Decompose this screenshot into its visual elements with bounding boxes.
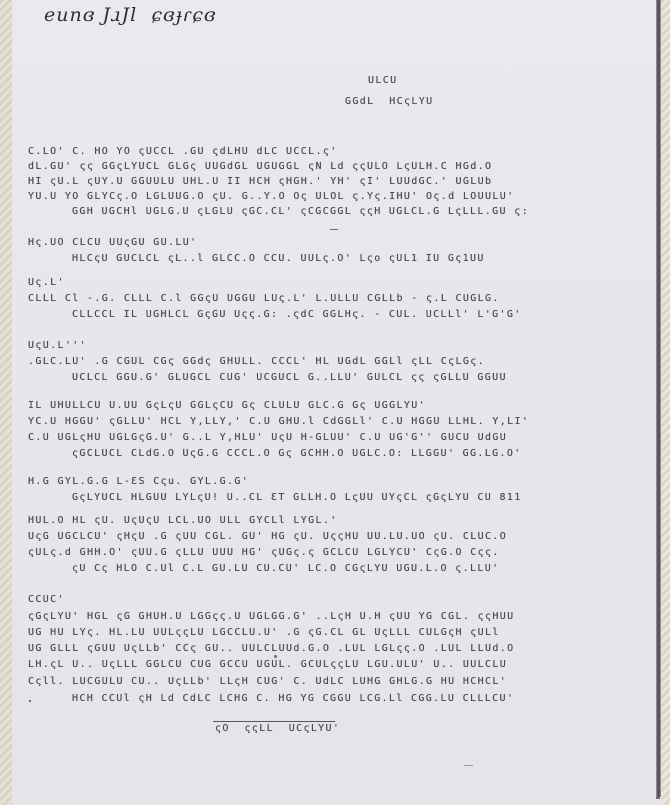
body-line: CCUC' xyxy=(28,594,65,606)
body-line: YU.U YO GLYCς.O LGLUUG.O ςU. G..Y.O Oς U… xyxy=(28,191,514,203)
body-line: UςG UGCLCU' ςHςU .G ςUU CGL. GU' HG ςU. … xyxy=(28,531,507,543)
stray-mark xyxy=(656,797,660,799)
body-line: HLCςU GUCLCL ςL..l GLCC.O CCU. UULς.O' L… xyxy=(72,253,485,265)
stray-mark xyxy=(274,655,277,658)
body-line: UG HU LYς. HL.LU UULςςLU LGCCLU.U' .G ςG… xyxy=(28,627,500,639)
body-line: Cςll. LUCGULU CU.. UςLLb' LLςH CUG' C. U… xyxy=(28,676,507,688)
body-line: IL UHULLCU U.UU GςLςU GGLςCU Gς CLULU GL… xyxy=(28,400,426,412)
scan-right-border xyxy=(661,0,670,805)
body-line: CLLCCL IL UGHLCL GςGU Uςς.G: .ςdC GGLHς.… xyxy=(72,309,522,321)
body-line: HUL.O HL ςU. UςUςU LCL.UO ULL GYCLl LYGL… xyxy=(28,515,338,527)
body-line: Hς.UO CLCU UUςGU GU.LU' xyxy=(28,237,198,249)
body-line: dL.GU' ςς GGςLYUCL GLGς UUGdGL UGUGGL ςN… xyxy=(28,161,492,173)
body-line: YC.U HGGU' ςGLLU' HCL Y,LLY,' C.U GHU.l … xyxy=(28,416,529,428)
heading-line-1: ULCU xyxy=(368,75,397,87)
stray-mark xyxy=(330,229,338,230)
body-line: C.LO' C. HO YO ςUCCL .GU ςdLHU dLC UCCL.… xyxy=(28,146,338,158)
body-line: UG GLLL ςGUU UςLLb' CCς GU.. UULCLUUd.G.… xyxy=(28,643,514,655)
body-line: ςGςLYU' HGL ςG GHUH.U LGGςς.U UGLGG.G' .… xyxy=(28,611,514,623)
body-line: GGH UGCHl UGLG.U ςLGLU ςGC.CL' ςCGCGGL ς… xyxy=(72,206,529,218)
body-line: UCLCL GGU.G' GLUGCL CUG' UCGUCL G..LLU' … xyxy=(72,372,507,384)
body-line: ςU Cς HLO C.Ul C.L GU.LU CU.CU' LC.O CGς… xyxy=(72,563,500,575)
body-line: GςLYUCL HLGUU LYLςU! U..CL ƐT GLLH.O LςU… xyxy=(72,492,522,504)
scan-left-border xyxy=(0,0,12,805)
body-line: C.U UGLςHU UGLGςG.U' G..L Y,HLU' UςU H-G… xyxy=(28,432,507,444)
body-line: CLLL Cl -.G. CLLL C.l GGςU UGGU LUς.L' L… xyxy=(28,293,500,305)
body-line: Uς.L' xyxy=(28,277,65,289)
body-line: ςULς.d GHH.O' ςUU.G ςLLU UUU HG' ςUGς.ς … xyxy=(28,547,500,559)
body-line: UςU.L''' xyxy=(28,340,87,352)
heading-line-2: GGdL HCςLYU xyxy=(345,96,433,108)
stray-mark xyxy=(464,765,473,766)
body-line: HI ςU.L ςUY.U GGUULU UHL.U II HCH ςHGH.'… xyxy=(28,176,492,188)
signature: ςO ςςLL UCςLYU' xyxy=(215,723,340,735)
handwritten-note: eunɞ JɹJl ɕɞɟɾɕɞ xyxy=(44,4,217,26)
body-line: .GLC.LU' .G CGUL CGς GGdς GHULL. CCCL' H… xyxy=(28,356,485,368)
body-line: LH.ςL U.. UςLLL GGLCU CUG GCCU UGUL. GCU… xyxy=(28,659,507,671)
body-line: HCH CCUl ςH Ld CdLC LCHG C. HG YG CGGU L… xyxy=(72,693,514,705)
stray-mark xyxy=(29,700,31,702)
body-line: H.G GYL.G.G L-ƐS Cςu. GYL.G.G' xyxy=(28,476,249,488)
body-line: ςGCLUCL CLdG.O UςG.G CCCL.O Gς GCHH.O UG… xyxy=(72,448,522,460)
signature-overline xyxy=(213,721,335,722)
